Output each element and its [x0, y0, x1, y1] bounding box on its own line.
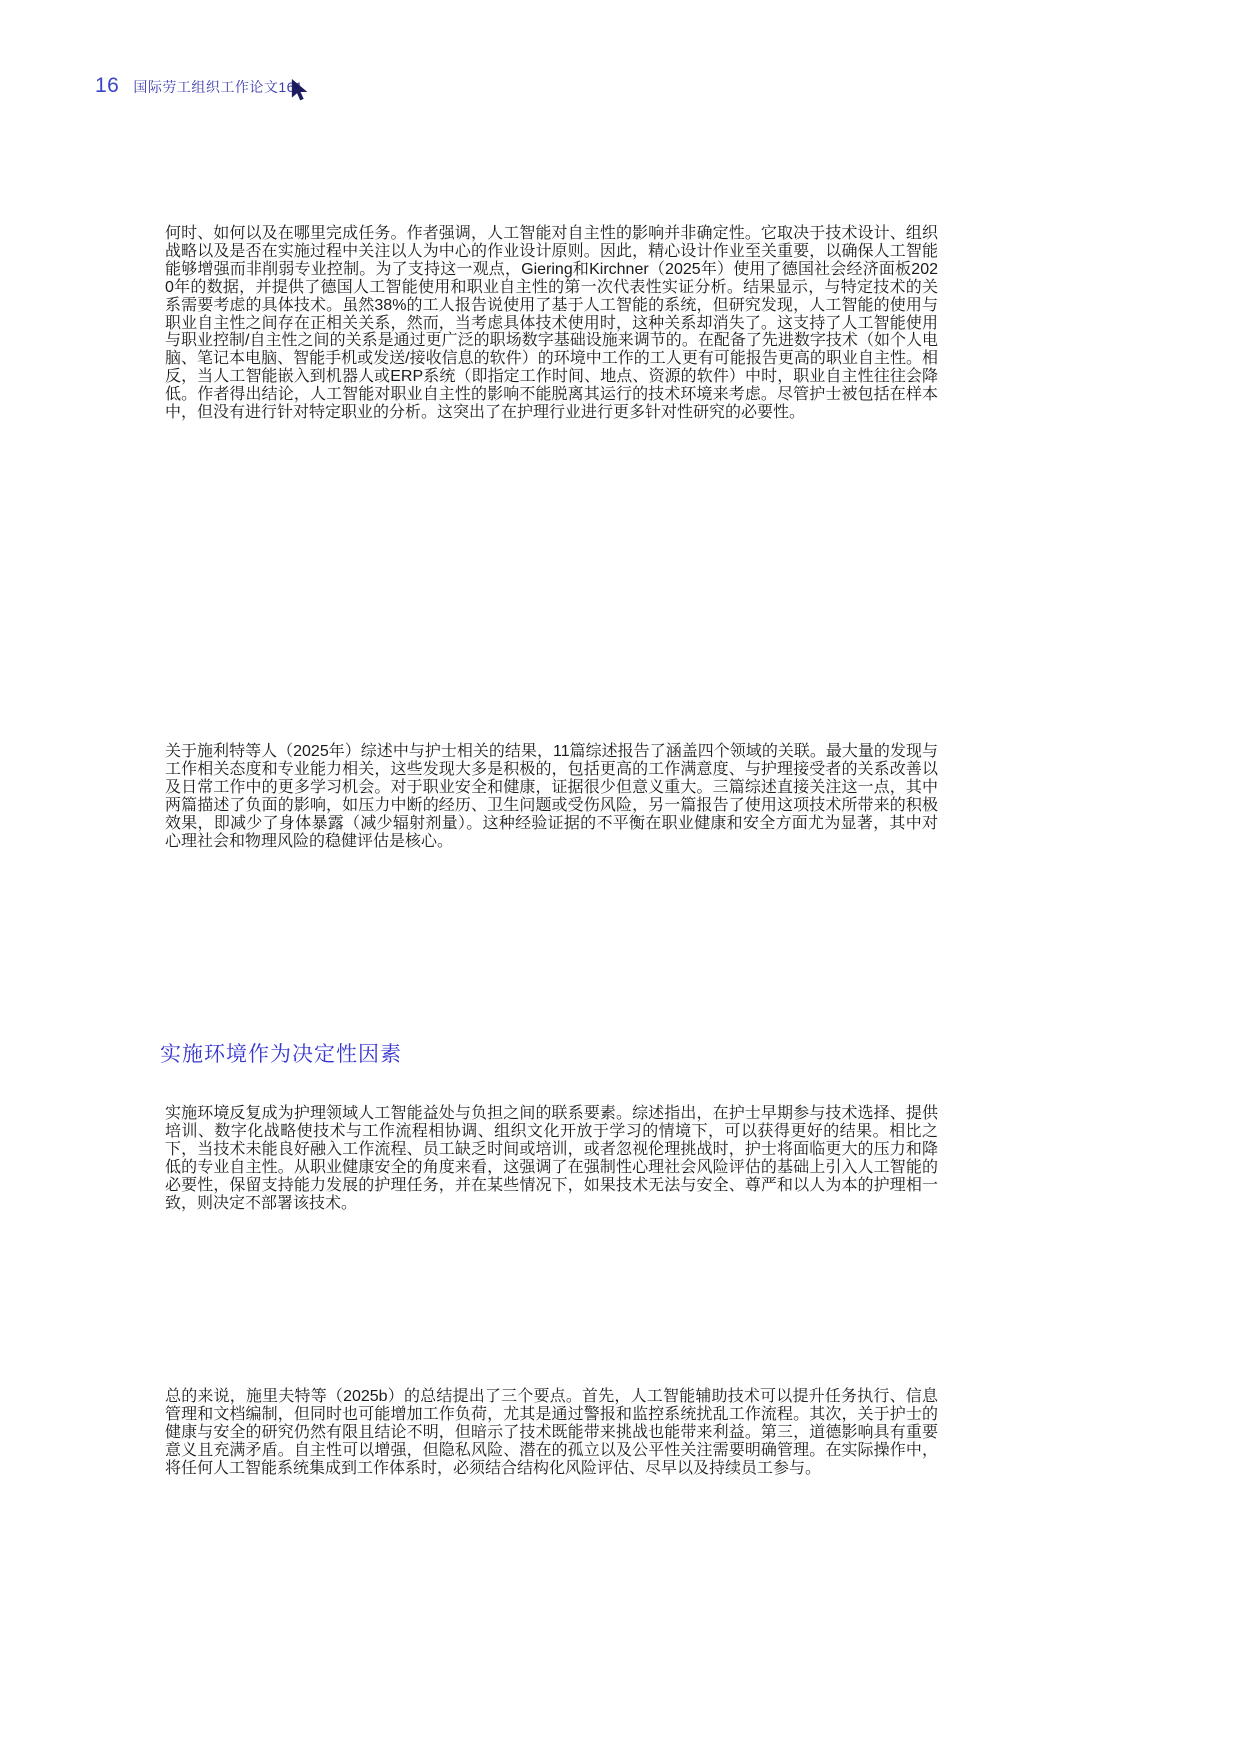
paragraph-implementation-context: 实施环境反复成为护理领域人工智能益处与负担之间的联系要素。综述指出，在护士早期参… [165, 1105, 938, 1212]
paragraph-ai-autonomy: 何时、如何以及在哪里完成任务。作者强调，人工智能对自主性的影响并非确定性。它取决… [165, 225, 938, 422]
document-title: 国际劳工组织工作论文161 [133, 77, 303, 97]
paragraph-summary-three-points: 总的来说，施里夫特等（2025b）的总结提出了三个要点。首先，人工智能辅助技术可… [165, 1388, 938, 1478]
section-heading-implementation-context: 实施环境作为决定性因素 [160, 1038, 402, 1068]
page-number: 16 [95, 74, 119, 98]
paragraph-nurse-review-findings: 关于施利特等人（2025年）综述中与护士相关的结果，11篇综述报告了涵盖四个领域… [165, 743, 938, 850]
document-page: 16 国际劳工组织工作论文161 何时、如何以及在哪里完成任务。作者强调，人工智… [0, 0, 1240, 1754]
running-header: 16 国际劳工组织工作论文161 [95, 74, 303, 98]
